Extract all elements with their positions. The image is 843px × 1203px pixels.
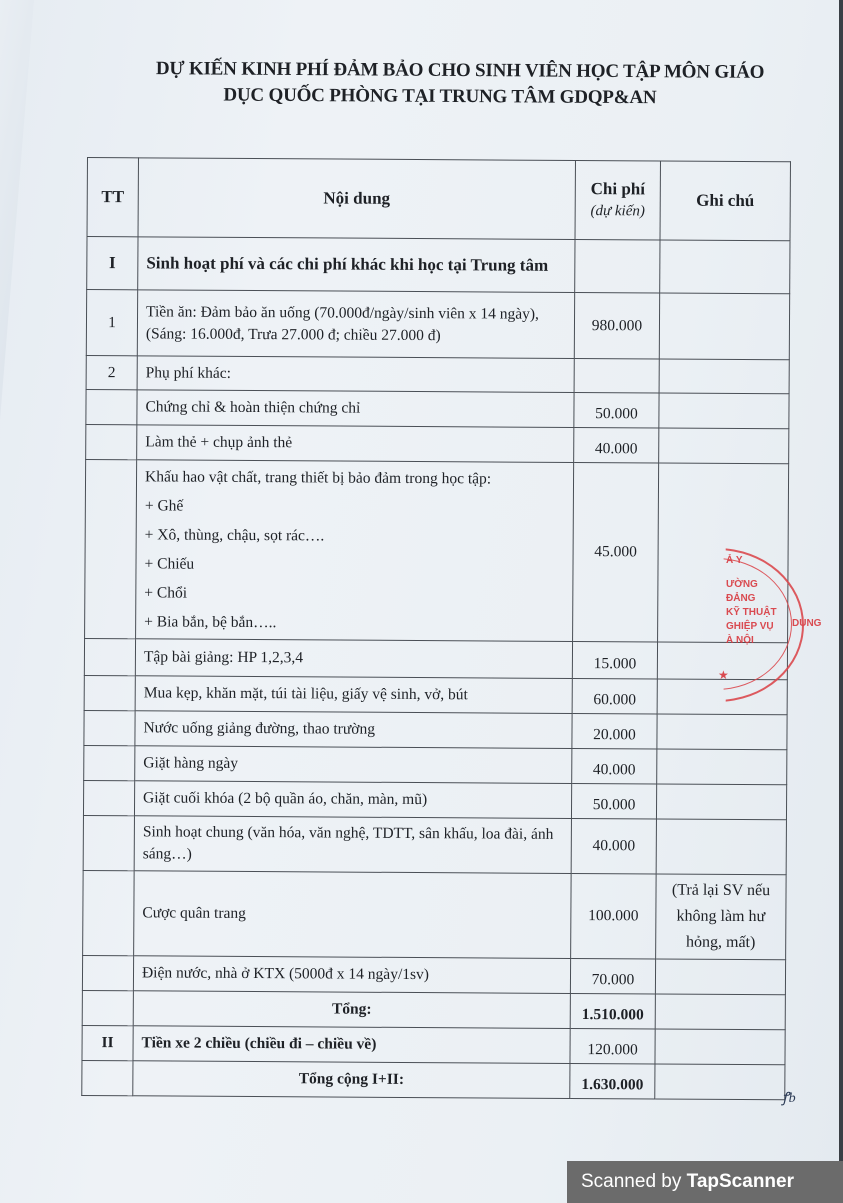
sub-item-content: Nước uống giảng đường, thao trường xyxy=(135,711,572,749)
table-row: Tập bài giảng: HP 1,2,3,4 15.000 xyxy=(84,638,787,679)
subtotal-label: Tổng: xyxy=(133,991,570,1029)
header-cost-label: Chi phí xyxy=(584,178,652,200)
scanned-page: DỰ KIẾN KINH PHÍ ĐẢM BẢO CHO SINH VIÊN H… xyxy=(0,0,843,1203)
section-II-cost: 120.000 xyxy=(570,1028,655,1064)
budget-table: TT Nội dung Chi phí (dự kiến) Ghi chú I … xyxy=(81,157,791,1100)
list-line: + Ghế xyxy=(145,491,565,523)
table-row: Sinh hoạt chung (văn hóa, văn nghệ, TDTT… xyxy=(83,815,786,874)
subtotal-cost: 1.510.000 xyxy=(570,993,655,1029)
sub-item-content: Mua kẹp, khăn mặt, túi tài liệu, giấy vệ… xyxy=(135,676,572,714)
item-1-note xyxy=(659,293,789,360)
sub-item-note xyxy=(659,393,789,429)
sub-item-content: Cược quân trang xyxy=(134,871,572,959)
sub-item-cost: 50.000 xyxy=(574,392,659,428)
table-row-item-1: 1 Tiền ăn: Đảm bảo ăn uống (70.000đ/ngày… xyxy=(86,290,789,360)
paper-edge-shadow xyxy=(0,0,40,420)
list-line: + Bia bắn, bệ bắn….. xyxy=(144,607,564,639)
sub-item-note xyxy=(659,428,789,464)
grand-total-label: Tổng cộng I+II: xyxy=(133,1061,570,1099)
sub-item-cost: 20.000 xyxy=(572,713,657,749)
section-I-cost xyxy=(575,239,660,293)
empty-tt xyxy=(82,990,133,1025)
sub-item-cost: 45.000 xyxy=(573,462,659,642)
sub-item-cost: 60.000 xyxy=(572,678,657,714)
sub-item-cost: 100.000 xyxy=(571,873,657,959)
sub-item-cost: 70.000 xyxy=(570,958,655,994)
section-II-note xyxy=(655,1029,785,1065)
sub-item-cost: 40.000 xyxy=(572,748,657,784)
sub-item-note xyxy=(657,679,787,715)
sub-item-note xyxy=(656,819,786,875)
signature-initials: ꝭb xyxy=(782,1088,796,1107)
item-1-tt: 1 xyxy=(86,290,137,356)
sub-item-content: Chứng chỉ & hoàn thiện chứng chỉ xyxy=(137,390,574,428)
grand-total-cost: 1.630.000 xyxy=(570,1063,655,1099)
document-title: DỰ KIẾN KINH PHÍ ĐẢM BẢO CHO SINH VIÊN H… xyxy=(100,56,820,112)
sub-item-note xyxy=(658,463,789,643)
item-1-cost: 980.000 xyxy=(574,292,659,359)
header-cost: Chi phí (dự kiến) xyxy=(575,160,660,240)
sub-item-content: Sinh hoạt chung (văn hóa, văn nghệ, TDTT… xyxy=(134,816,571,874)
section-row-I: I Sinh hoạt phí và các chi phí khác khi … xyxy=(87,237,790,294)
section-I-content: Sinh hoạt phí và các chi phí khác khi họ… xyxy=(138,237,575,293)
section-II-tt: II xyxy=(82,1025,133,1060)
empty-note xyxy=(655,1064,785,1100)
list-line: + Chiếu xyxy=(144,549,564,581)
sub-item-cost: 50.000 xyxy=(571,783,656,819)
sub-item-cost: 40.000 xyxy=(571,818,656,874)
sub-item-note xyxy=(657,714,787,750)
empty-tt xyxy=(84,745,135,780)
item-2-tt: 2 xyxy=(86,355,137,389)
grand-total-row: Tổng cộng I+II: 1.630.000 xyxy=(82,1060,785,1099)
table-row: Khấu hao vật chất, trang thiết bị bảo đả… xyxy=(85,459,789,642)
watermark-prefix: Scanned by xyxy=(581,1171,687,1192)
empty-tt xyxy=(84,710,135,745)
sub-item-note xyxy=(657,642,787,680)
sub-item-note xyxy=(655,959,785,995)
section-row-II: II Tiền xe 2 chiều (chiều đi – chiều về)… xyxy=(82,1025,785,1064)
empty-tt xyxy=(85,459,137,638)
item-2-content: Phụ phí khác: xyxy=(137,356,574,393)
tapscanner-watermark: Scanned by TapScanner xyxy=(567,1161,843,1203)
sub-item-cost: 15.000 xyxy=(572,641,657,679)
subtotal-row: Tổng: 1.510.000 xyxy=(82,990,785,1029)
empty-tt xyxy=(86,424,137,459)
section-I-tt: I xyxy=(87,237,138,290)
table-row-item-2: 2 Phụ phí khác: xyxy=(86,355,789,393)
empty-tt xyxy=(84,638,135,675)
empty-tt xyxy=(84,675,135,710)
table-row: Làm thẻ + chụp ảnh thẻ 40.000 xyxy=(86,424,789,463)
empty-tt xyxy=(83,815,134,870)
sub-item-content: Tập bài giảng: HP 1,2,3,4 xyxy=(135,639,572,679)
header-tt: TT xyxy=(87,158,138,237)
table-row: Chứng chỉ & hoàn thiện chứng chỉ 50.000 xyxy=(86,389,789,428)
watermark-brand: TapScanner xyxy=(687,1171,794,1192)
title-line-1: DỰ KIẾN KINH PHÍ ĐẢM BẢO CHO SINH VIÊN H… xyxy=(100,56,820,86)
header-content: Nội dung xyxy=(138,158,575,240)
item-2-cost xyxy=(574,358,659,393)
sub-item-content: Giặt hàng ngày xyxy=(135,746,572,784)
sub-item-note: (Trả lại SV nếu không làm hư hỏng, mất) xyxy=(656,874,787,960)
table-row: Mua kẹp, khăn mặt, túi tài liệu, giấy vệ… xyxy=(84,675,787,714)
empty-note xyxy=(655,994,785,1030)
sub-item-note xyxy=(656,784,786,820)
empty-tt xyxy=(82,1060,133,1095)
section-I-note xyxy=(660,240,790,294)
title-line-2: DỤC QUỐC PHÒNG TẠI TRUNG TÂM GDQP&AN xyxy=(60,82,820,113)
empty-tt xyxy=(83,780,134,815)
sub-item-content-list: Khấu hao vật chất, trang thiết bị bảo đả… xyxy=(136,460,574,642)
list-line: + Xô, thùng, chậu, sọt rác…. xyxy=(145,520,565,552)
list-line: + Chổi xyxy=(144,578,564,610)
item-2-note xyxy=(659,359,789,394)
sub-item-cost: 40.000 xyxy=(574,427,659,463)
sub-item-content: Giặt cuối khóa (2 bộ quần áo, chăn, màn,… xyxy=(134,781,571,819)
table-row: Giặt hàng ngày 40.000 xyxy=(84,745,787,784)
empty-tt xyxy=(86,389,137,424)
table-row: Nước uống giảng đường, thao trường 20.00… xyxy=(84,710,787,749)
sub-item-content: Làm thẻ + chụp ảnh thẻ xyxy=(137,425,574,463)
stamp-side-text: DUNG xyxy=(792,618,802,630)
header-cost-sub: (dự kiến) xyxy=(584,200,652,222)
table-header-row: TT Nội dung Chi phí (dự kiến) Ghi chú xyxy=(87,158,790,241)
table-row: Cược quân trang 100.000 (Trả lại SV nếu … xyxy=(83,870,787,959)
header-note: Ghi chú xyxy=(660,161,790,241)
empty-tt xyxy=(83,870,135,955)
empty-tt xyxy=(82,955,133,990)
table-row: Giặt cuối khóa (2 bộ quần áo, chăn, màn,… xyxy=(83,780,786,819)
item-1-content: Tiền ăn: Đảm bảo ăn uống (70.000đ/ngày/s… xyxy=(137,290,574,359)
sub-item-content: Khấu hao vật chất, trang thiết bị bảo đả… xyxy=(145,462,565,494)
sub-item-content: Điện nước, nhà ở KTX (5000đ x 14 ngày/1s… xyxy=(133,956,570,994)
sub-item-note xyxy=(657,749,787,785)
section-II-content: Tiền xe 2 chiều (chiều đi – chiều về) xyxy=(133,1026,570,1064)
page-right-edge xyxy=(839,0,843,1203)
table-row: Điện nước, nhà ở KTX (5000đ x 14 ngày/1s… xyxy=(82,955,785,994)
